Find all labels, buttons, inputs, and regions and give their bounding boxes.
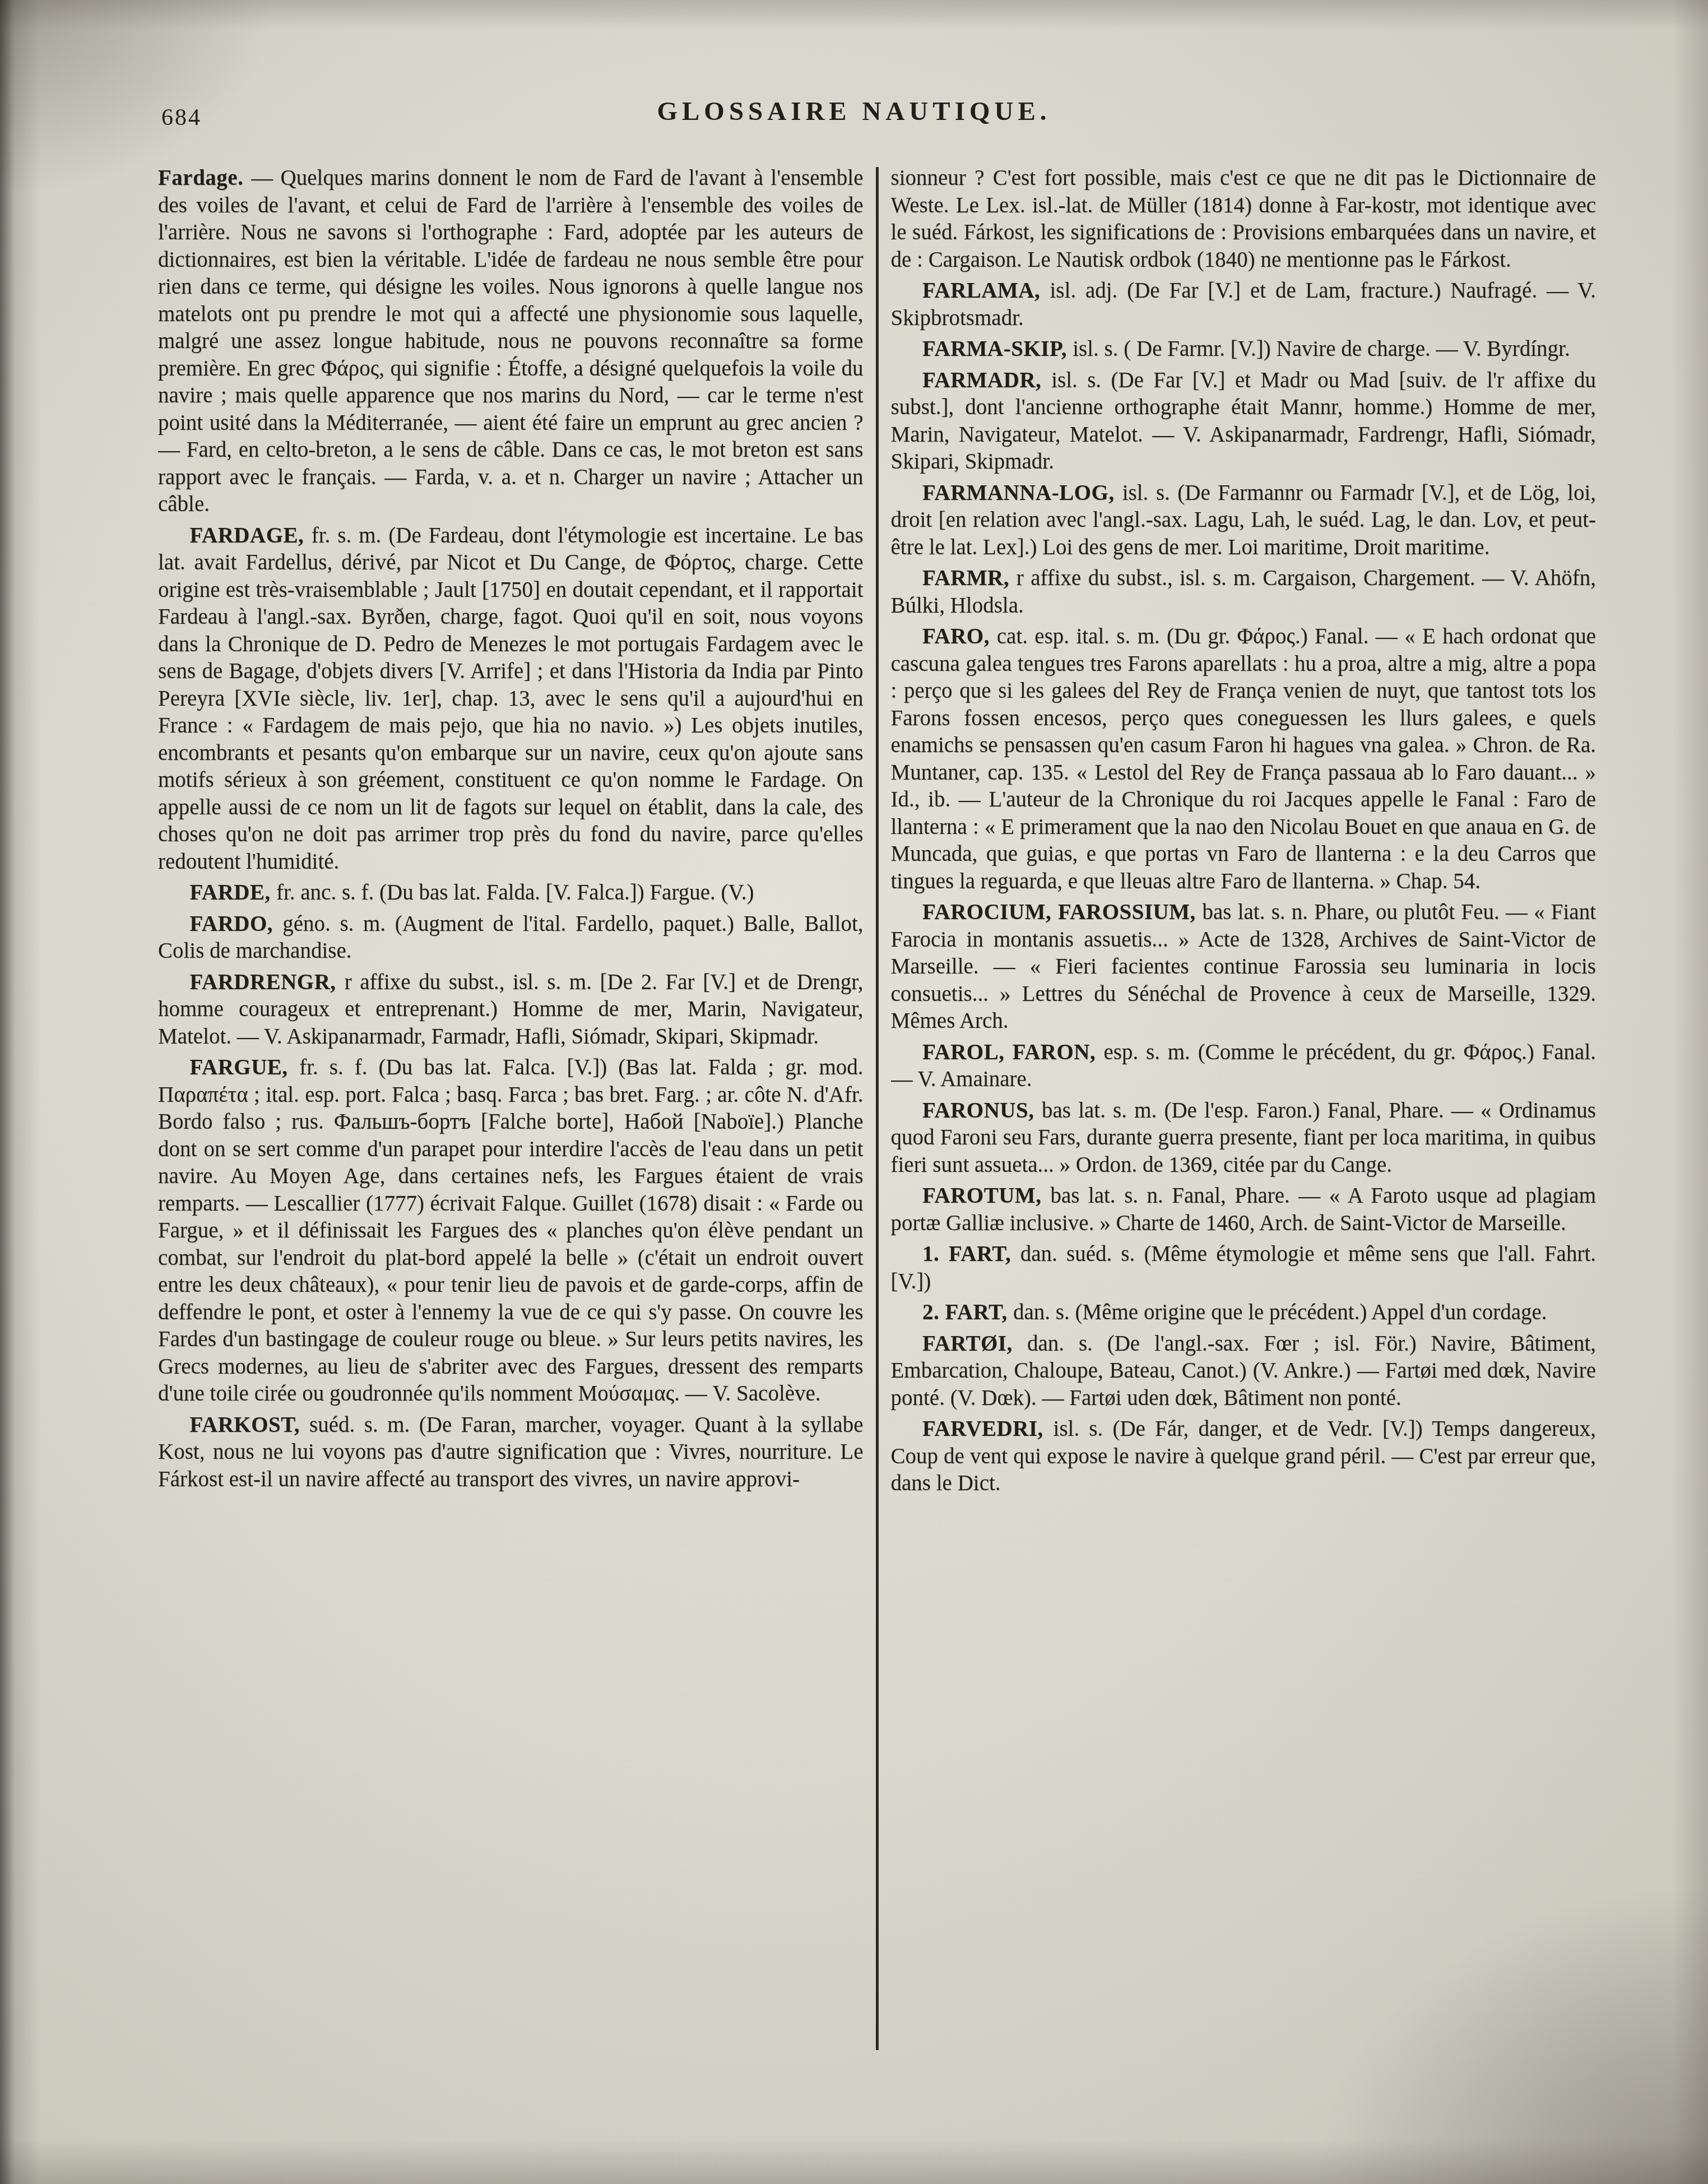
- entry-headword: FARVEDRI,: [922, 1417, 1053, 1441]
- dictionary-entry: FARTØI, dan. s. (De l'angl.-sax. Fœr ; i…: [891, 1330, 1596, 1412]
- entry-headword: FARDRENGR,: [190, 970, 345, 994]
- dictionary-entry: FARDAGE, fr. s. m. (De Fardeau, dont l'é…: [158, 522, 864, 876]
- dictionary-entry: FARDRENGR, r affixe du subst., isl. s. m…: [158, 969, 864, 1051]
- scanned-book-page: 684 GLOSSAIRE NAUTIQUE. Fardage. — Quelq…: [0, 0, 1708, 2184]
- dictionary-entry: FARGUE, fr. s. f. (Du bas lat. Falca. [V…: [158, 1054, 864, 1408]
- entry-body: cat. esp. ital. s. m. (Du gr. Φάρος.) Fa…: [891, 624, 1596, 893]
- entry-body: dan. s. (Même origine que le précédent.)…: [1013, 1300, 1547, 1324]
- dictionary-entry: FAROCIUM, FAROSSIUM, bas lat. s. n. Phar…: [891, 899, 1596, 1035]
- entry-body: fr. anc. s. f. (Du bas lat. Falda. [V. F…: [276, 880, 754, 905]
- entry-headword: FAROTUM,: [922, 1184, 1050, 1208]
- entry-body: — Quelques marins donnent le nom de Fard…: [158, 166, 864, 516]
- entry-headword: FARDO,: [190, 912, 283, 936]
- text-block: Fardage. — Quelques marins donnent le no…: [158, 165, 1596, 2060]
- dictionary-entry: FARMA-SKIP, isl. s. ( De Farmr. [V.]) Na…: [891, 336, 1596, 363]
- entry-headword: FARMANNA-LOG,: [922, 481, 1122, 505]
- dictionary-entry: FARKOST, suéd. s. m. (De Faran, marcher,…: [158, 1412, 864, 1494]
- entry-headword: FARGUE,: [190, 1055, 300, 1079]
- entry-body: sionneur ? C'est fort possible, mais c'e…: [891, 166, 1596, 272]
- entry-headword: 2. FART,: [922, 1300, 1013, 1324]
- entry-headword: FAROCIUM, FAROSSIUM,: [922, 900, 1202, 924]
- dictionary-entry: FARONUS, bas lat. s. m. (De l'esp. Faron…: [891, 1097, 1596, 1179]
- entry-body: fr. s. f. (Du bas lat. Falca. [V.]) (Bas…: [158, 1055, 864, 1406]
- entry-headword: FARTØI,: [922, 1332, 1027, 1356]
- entry-headword: FARKOST,: [190, 1413, 309, 1437]
- dictionary-entry: FARLAMA, isl. adj. (De Far [V.] et de La…: [891, 277, 1596, 332]
- entry-headword: FARMR,: [922, 566, 1017, 590]
- entry-headword: 1. FART,: [922, 1242, 1020, 1266]
- entry-body: isl. s. ( De Farmr. [V.]) Navire de char…: [1073, 337, 1570, 361]
- dictionary-entry: FAROL, FARON, esp. s. m. (Comme le précé…: [891, 1039, 1596, 1093]
- dictionary-entry: FARVEDRI, isl. s. (De Fár, danger, et de…: [891, 1416, 1596, 1497]
- entry-headword: FARONUS,: [922, 1098, 1042, 1123]
- running-title: GLOSSAIRE NAUTIQUE.: [0, 96, 1708, 127]
- dictionary-entry: FARMR, r affixe du subst., isl. s. m. Ca…: [891, 565, 1596, 619]
- entry-headword: Fardage.: [158, 166, 251, 190]
- entry-headword: FARDE,: [190, 880, 276, 905]
- dictionary-entry: sionneur ? C'est fort possible, mais c'e…: [891, 165, 1596, 273]
- dictionary-entry: FARDE, fr. anc. s. f. (Du bas lat. Falda…: [158, 879, 864, 907]
- dictionary-entry: FAROTUM, bas lat. s. n. Fanal, Phare. — …: [891, 1183, 1596, 1237]
- entry-headword: FARMA-SKIP,: [922, 337, 1073, 361]
- entry-headword: FARLAMA,: [922, 279, 1050, 303]
- right-column: sionneur ? C'est fort possible, mais c'e…: [891, 165, 1596, 2060]
- dictionary-entry: Fardage. — Quelques marins donnent le no…: [158, 165, 864, 518]
- dictionary-entry: FARMADR, isl. s. (De Far [V.] et Madr ou…: [891, 367, 1596, 476]
- column-divider-rule: [876, 167, 879, 2050]
- dictionary-entry: 2. FART, dan. s. (Même origine que le pr…: [891, 1299, 1596, 1327]
- dictionary-entry: 1. FART, dan. suéd. s. (Même étymologie …: [891, 1241, 1596, 1295]
- dictionary-entry: FARDO, géno. s. m. (Augment de l'ital. F…: [158, 911, 864, 965]
- entry-headword: FARMADR,: [922, 368, 1051, 392]
- left-column: Fardage. — Quelques marins donnent le no…: [158, 165, 864, 2060]
- entry-body: fr. s. m. (De Fardeau, dont l'étymologie…: [158, 523, 864, 874]
- entry-headword: FARDAGE,: [190, 523, 312, 548]
- dictionary-entry: FARO, cat. esp. ital. s. m. (Du gr. Φάρο…: [891, 623, 1596, 895]
- entry-headword: FARO,: [922, 624, 997, 648]
- entry-headword: FAROL, FARON,: [922, 1040, 1103, 1064]
- dictionary-entry: FARMANNA-LOG, isl. s. (De Farmannr ou Fa…: [891, 480, 1596, 562]
